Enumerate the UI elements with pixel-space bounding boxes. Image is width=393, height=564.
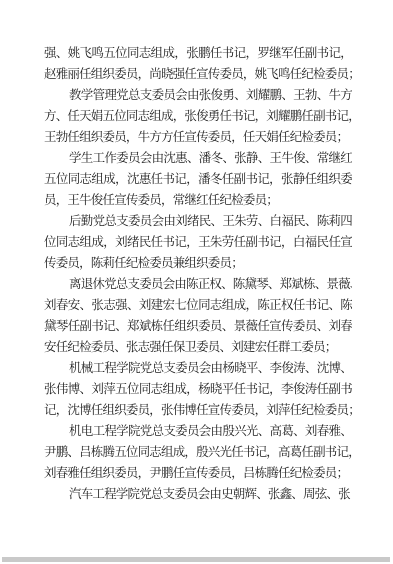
text-line: 刘春安、张志强、刘建宏七位同志组成，陈正权任书记、陈 (44, 295, 352, 316)
document-page: 强、姚飞鸣五位同志组成，张鹏任书记，罗继军任副书记， 赵雅丽任组织委员，尚晓强任… (0, 0, 393, 564)
text-line: 传委员，陈莉任纪检委员兼组织委员； (44, 253, 352, 274)
text-line: 黛琴任副书记、郑斌栋任组织委员、景薇任宣传委员、刘春 (44, 316, 352, 337)
text-line: 赵雅丽任组织委员，尚晓强任宣传委员，姚飞鸣任纪检委员； (44, 64, 352, 85)
text-line: 尹鹏、吕栋腾五位同志组成，殷兴光任书记，高葛任副书记， (44, 442, 352, 463)
text-line: 学生工作委员会由沈惠、潘冬、张静、王牛俊、常继红 (44, 148, 352, 169)
text-line: 机电工程学院党总支委员会由殷兴光、高葛、刘春雅、 (44, 421, 352, 442)
page-bottom-edge-divider (2, 557, 390, 562)
text-line: 方、任天娟五位同志组成，张俊勇任书记，刘耀鹏任副书记， (44, 106, 352, 127)
text-line: 教学管理党总支委员会由张俊勇、刘耀鹏、王勃、牛方 (44, 85, 352, 106)
text-line: 王勃任组织委员，牛方方任宣传委员，任天娟任纪检委员； (44, 127, 352, 148)
document-text: 强、姚飞鸣五位同志组成，张鹏任书记，罗继军任副书记， 赵雅丽任组织委员，尚晓强任… (44, 43, 352, 505)
text-line: 强、姚飞鸣五位同志组成，张鹏任书记，罗继军任副书记， (44, 43, 352, 64)
text-line: 记，沈博任组织委员，张伟博任宣传委员，刘萍任纪检委员； (44, 400, 352, 421)
text-line: 汽车工程学院党总支委员会由史朝辉、张鑫、周弦、张 (44, 484, 352, 505)
text-line: 机械工程学院党总支委员会由杨晓平、李俊涛、沈博、 (44, 358, 352, 379)
text-line: 位同志组成，刘绪民任书记，王朱劳任副书记，白福民任宣 (44, 232, 352, 253)
text-line: 后勤党总支委员会由刘绪民、王朱劳、白福民、陈莉四 (44, 211, 352, 232)
text-line: 离退休党总支委员会由陈正权、陈黛琴、郑斌栋、景薇、 (44, 274, 352, 295)
text-line: 员，王牛俊任宣传委员，常继红任纪检委员； (44, 190, 352, 211)
text-line: 张伟博、刘萍五位同志组成，杨晓平任书记，李俊涛任副书 (44, 379, 352, 400)
text-line: 安任纪检委员、张志强任保卫委员、刘建宏任群工委员； (44, 337, 352, 358)
text-line: 刘春雅任组织委员，尹鹏任宣传委员，吕栋腾任纪检委员； (44, 463, 352, 484)
text-line: 五位同志组成，沈惠任书记，潘冬任副书记，张静任组织委 (44, 169, 352, 190)
